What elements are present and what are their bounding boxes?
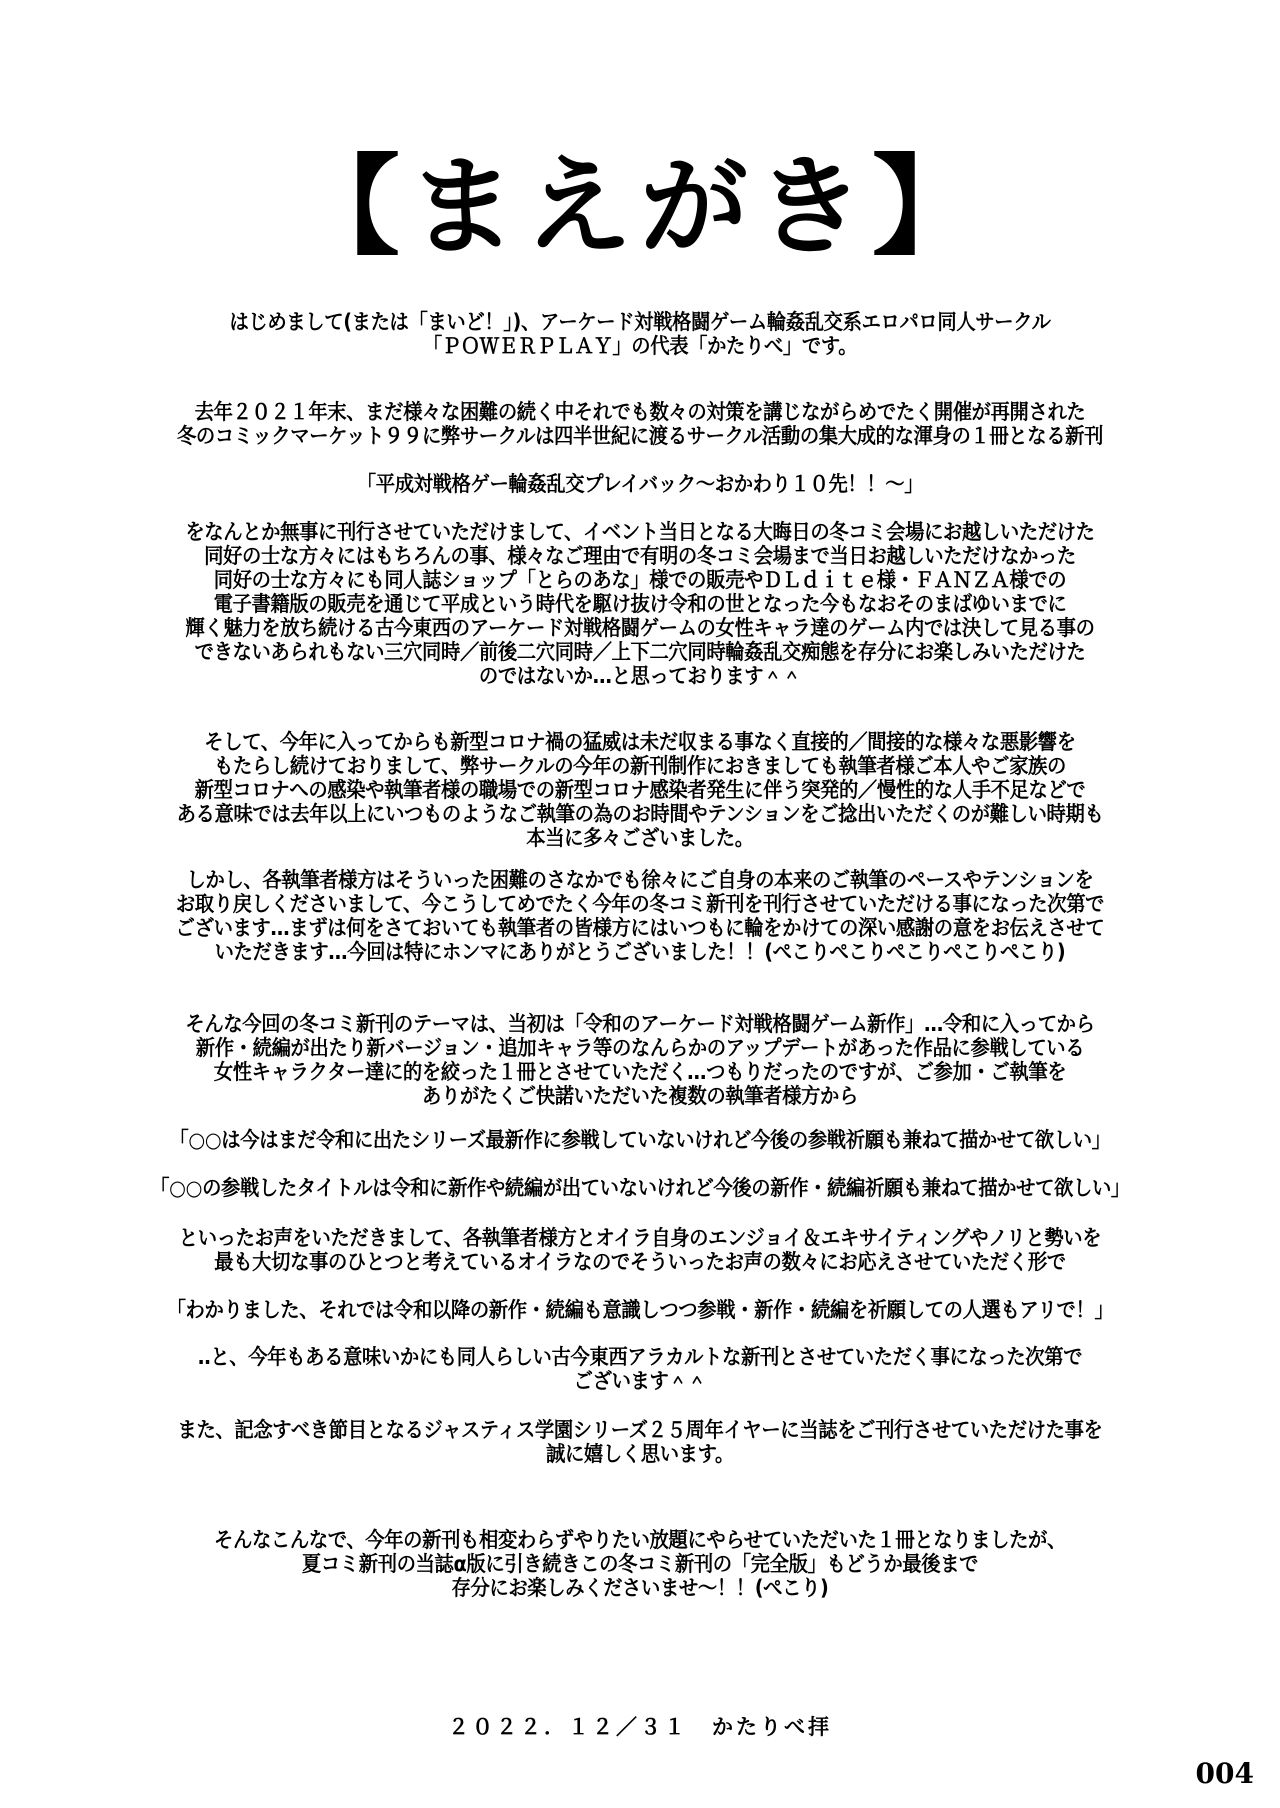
text-line: 電子書籍版の販売を通じて平成という時代を駆け抜け令和の世となった今もなおそのまば… (88, 592, 1192, 616)
paragraph: 「平成対戦格ゲー輪姦乱交プレイバック～おかわり１０先！！～」 (88, 472, 1192, 496)
text-line: 「○○は今はまだ令和に出たシリーズ最新作に参戦していないけれど今後の参戦祈願も兼… (88, 1128, 1192, 1152)
paragraph: 「わかりました、それでは令和以降の新作・続編も意識しつつ参戦・新作・続編を祈願し… (88, 1298, 1192, 1322)
text-line: といったお声をいただきまして、各執筆者様方とオイラ自身のエンジョイ＆エキサイティ… (88, 1226, 1192, 1250)
paragraph: 「○○の参戦したタイトルは令和に新作や続編が出ていないけれど今後の新作・続編祈願… (88, 1176, 1192, 1200)
paragraph: 去年２０２１年末、まだ様々な困難の続く中それでも数々の対策を講じながらめでたく開… (88, 400, 1192, 448)
paragraph: をなんとか無事に刊行させていただけまして、イベント当日となる大晦日の冬コミ会場に… (88, 520, 1192, 688)
paragraph: そして、今年に入ってからも新型コロナ禍の猛威は未だ収まる事なく直接的／間接的な様… (88, 730, 1192, 850)
text-line: 「○○の参戦したタイトルは令和に新作や続編が出ていないけれど今後の新作・続編祈願… (88, 1176, 1192, 1200)
text-line: のではないか…と思っております＾＾ (88, 664, 1192, 688)
text-line: お取り戻しくださいまして、今こうしてめでたく今年の冬コミ新刊を刊行させていただけ… (88, 892, 1192, 916)
paragraph: といったお声をいただきまして、各執筆者様方とオイラ自身のエンジョイ＆エキサイティ… (88, 1226, 1192, 1274)
text-line: をなんとか無事に刊行させていただけまして、イベント当日となる大晦日の冬コミ会場に… (88, 520, 1192, 544)
text-line: しかし、各執筆者様方はそういった困難のさなかでも徐々にご自身の本来のご執筆のペー… (88, 868, 1192, 892)
page-title: 【まえがき】 (0, 142, 1280, 272)
text-line: 「わかりました、それでは令和以降の新作・続編も意識しつつ参戦・新作・続編を祈願し… (88, 1298, 1192, 1322)
text-line: そんなこんなで、今年の新刊も相変わらずやりたい放題にやらせていただいた１冊となり… (88, 1528, 1192, 1552)
text-line: 最も大切な事のひとつと考えているオイラなのでそういったお声の数々にお応えさせてい… (88, 1250, 1192, 1274)
text-line: 本当に多々ございました。 (88, 826, 1192, 850)
paragraph: また、記念すべき節目となるジャスティス学園シリーズ２５周年イヤーに当誌をご刊行さ… (88, 1418, 1192, 1466)
text-line: 新作・続編が出たり新バージョン・追加キャラ等のなんらかのアップデートがあった作品… (88, 1036, 1192, 1060)
text-line: 輝く魅力を放ち続ける古今東西のアーケード対戦格闘ゲームの女性キャラ達のゲーム内で… (88, 616, 1192, 640)
text-line: 夏コミ新刊の当誌α版に引き続きこの冬コミ新刊の「完全版」もどうか最後まで (88, 1552, 1192, 1576)
text-line: ございます＾＾ (88, 1369, 1192, 1393)
signature: ２０２２．１２／３１ かたりべ拝 (0, 1711, 1280, 1741)
text-line: 新型コロナへの感染や執筆者様の職場での新型コロナ感染者発生に伴う突発的／慢性的な… (88, 778, 1192, 802)
text-line: 冬のコミックマーケット９９に弊サークルは四半世紀に渡るサークル活動の集大成的な渾… (88, 424, 1192, 448)
text-line: できないあられもない三穴同時／前後二穴同時／上下二穴同時輪姦乱交痴態を存分にお楽… (88, 640, 1192, 664)
text-line: 去年２０２１年末、まだ様々な困難の続く中それでも数々の対策を講じながらめでたく開… (88, 400, 1192, 424)
text-line: 誠に嬉しく思います。 (88, 1442, 1192, 1466)
text-line: ある意味では去年以上にいつものようなご執筆の為のお時間やテンションをご捻出いただ… (88, 802, 1192, 826)
text-line: 「ＰＯＷＥＲＰＬＡＹ」の代表「かたりべ」です。 (88, 334, 1192, 358)
text-line: 同好の士な方々にはもちろんの事、様々なご理由で有明の冬コミ会場まで当日お越しいた… (88, 544, 1192, 568)
paragraph: そんなこんなで、今年の新刊も相変わらずやりたい放題にやらせていただいた１冊となり… (88, 1528, 1192, 1600)
paragraph: ‥と、今年もある意味いかにも同人らしい古今東西アラカルトな新刊とさせていただく事… (88, 1345, 1192, 1393)
paragraph: そんな今回の冬コミ新刊のテーマは、当初は「令和のアーケード対戦格闘ゲーム新作」…… (88, 1012, 1192, 1108)
text-line: 存分にお楽しみくださいませ～！！(ぺこり) (88, 1576, 1192, 1600)
paragraph: はじめまして(または「まいど！」)、アーケード対戦格闘ゲーム輪姦乱交系エロパロ同… (88, 310, 1192, 358)
text-line: ‥と、今年もある意味いかにも同人らしい古今東西アラカルトな新刊とさせていただく事… (88, 1345, 1192, 1369)
text-line: 女性キャラクター達に的を絞った１冊とさせていただく…つもりだったのですが、ご参加… (88, 1060, 1192, 1084)
text-line: もたらし続けておりまして、弊サークルの今年の新刊制作におきましても執筆者様ご本人… (88, 754, 1192, 778)
paragraph: 「○○は今はまだ令和に出たシリーズ最新作に参戦していないけれど今後の参戦祈願も兼… (88, 1128, 1192, 1152)
text-line: 同好の士な方々にも同人誌ショップ「とらのあな」様での販売やＤＬｄｉｔｅ様・ＦＡＮ… (88, 568, 1192, 592)
text-line: また、記念すべき節目となるジャスティス学園シリーズ２５周年イヤーに当誌をご刊行さ… (88, 1418, 1192, 1442)
paragraph: しかし、各執筆者様方はそういった困難のさなかでも徐々にご自身の本来のご執筆のペー… (88, 868, 1192, 964)
page-number: 004 (1196, 1757, 1254, 1790)
text-line: ございます…まずは何をさておいても執筆者の皆様方にはいつもに輪をかけての深い感謝… (88, 916, 1192, 940)
text-line: そんな今回の冬コミ新刊のテーマは、当初は「令和のアーケード対戦格闘ゲーム新作」…… (88, 1012, 1192, 1036)
text-line: ありがたくご快諾いただいた複数の執筆者様方から (88, 1084, 1192, 1108)
text-line: はじめまして(または「まいど！」)、アーケード対戦格闘ゲーム輪姦乱交系エロパロ同… (88, 310, 1192, 334)
text-line: 「平成対戦格ゲー輪姦乱交プレイバック～おかわり１０先！！～」 (88, 472, 1192, 496)
document-page: 【まえがき】 はじめまして(または「まいど！」)、アーケード対戦格闘ゲーム輪姦乱… (0, 0, 1280, 1808)
text-line: いただきます…今回は特にホンマにありがとうございました！！(ぺこりぺこりぺこりぺ… (88, 940, 1192, 964)
text-line: そして、今年に入ってからも新型コロナ禍の猛威は未だ収まる事なく直接的／間接的な様… (88, 730, 1192, 754)
